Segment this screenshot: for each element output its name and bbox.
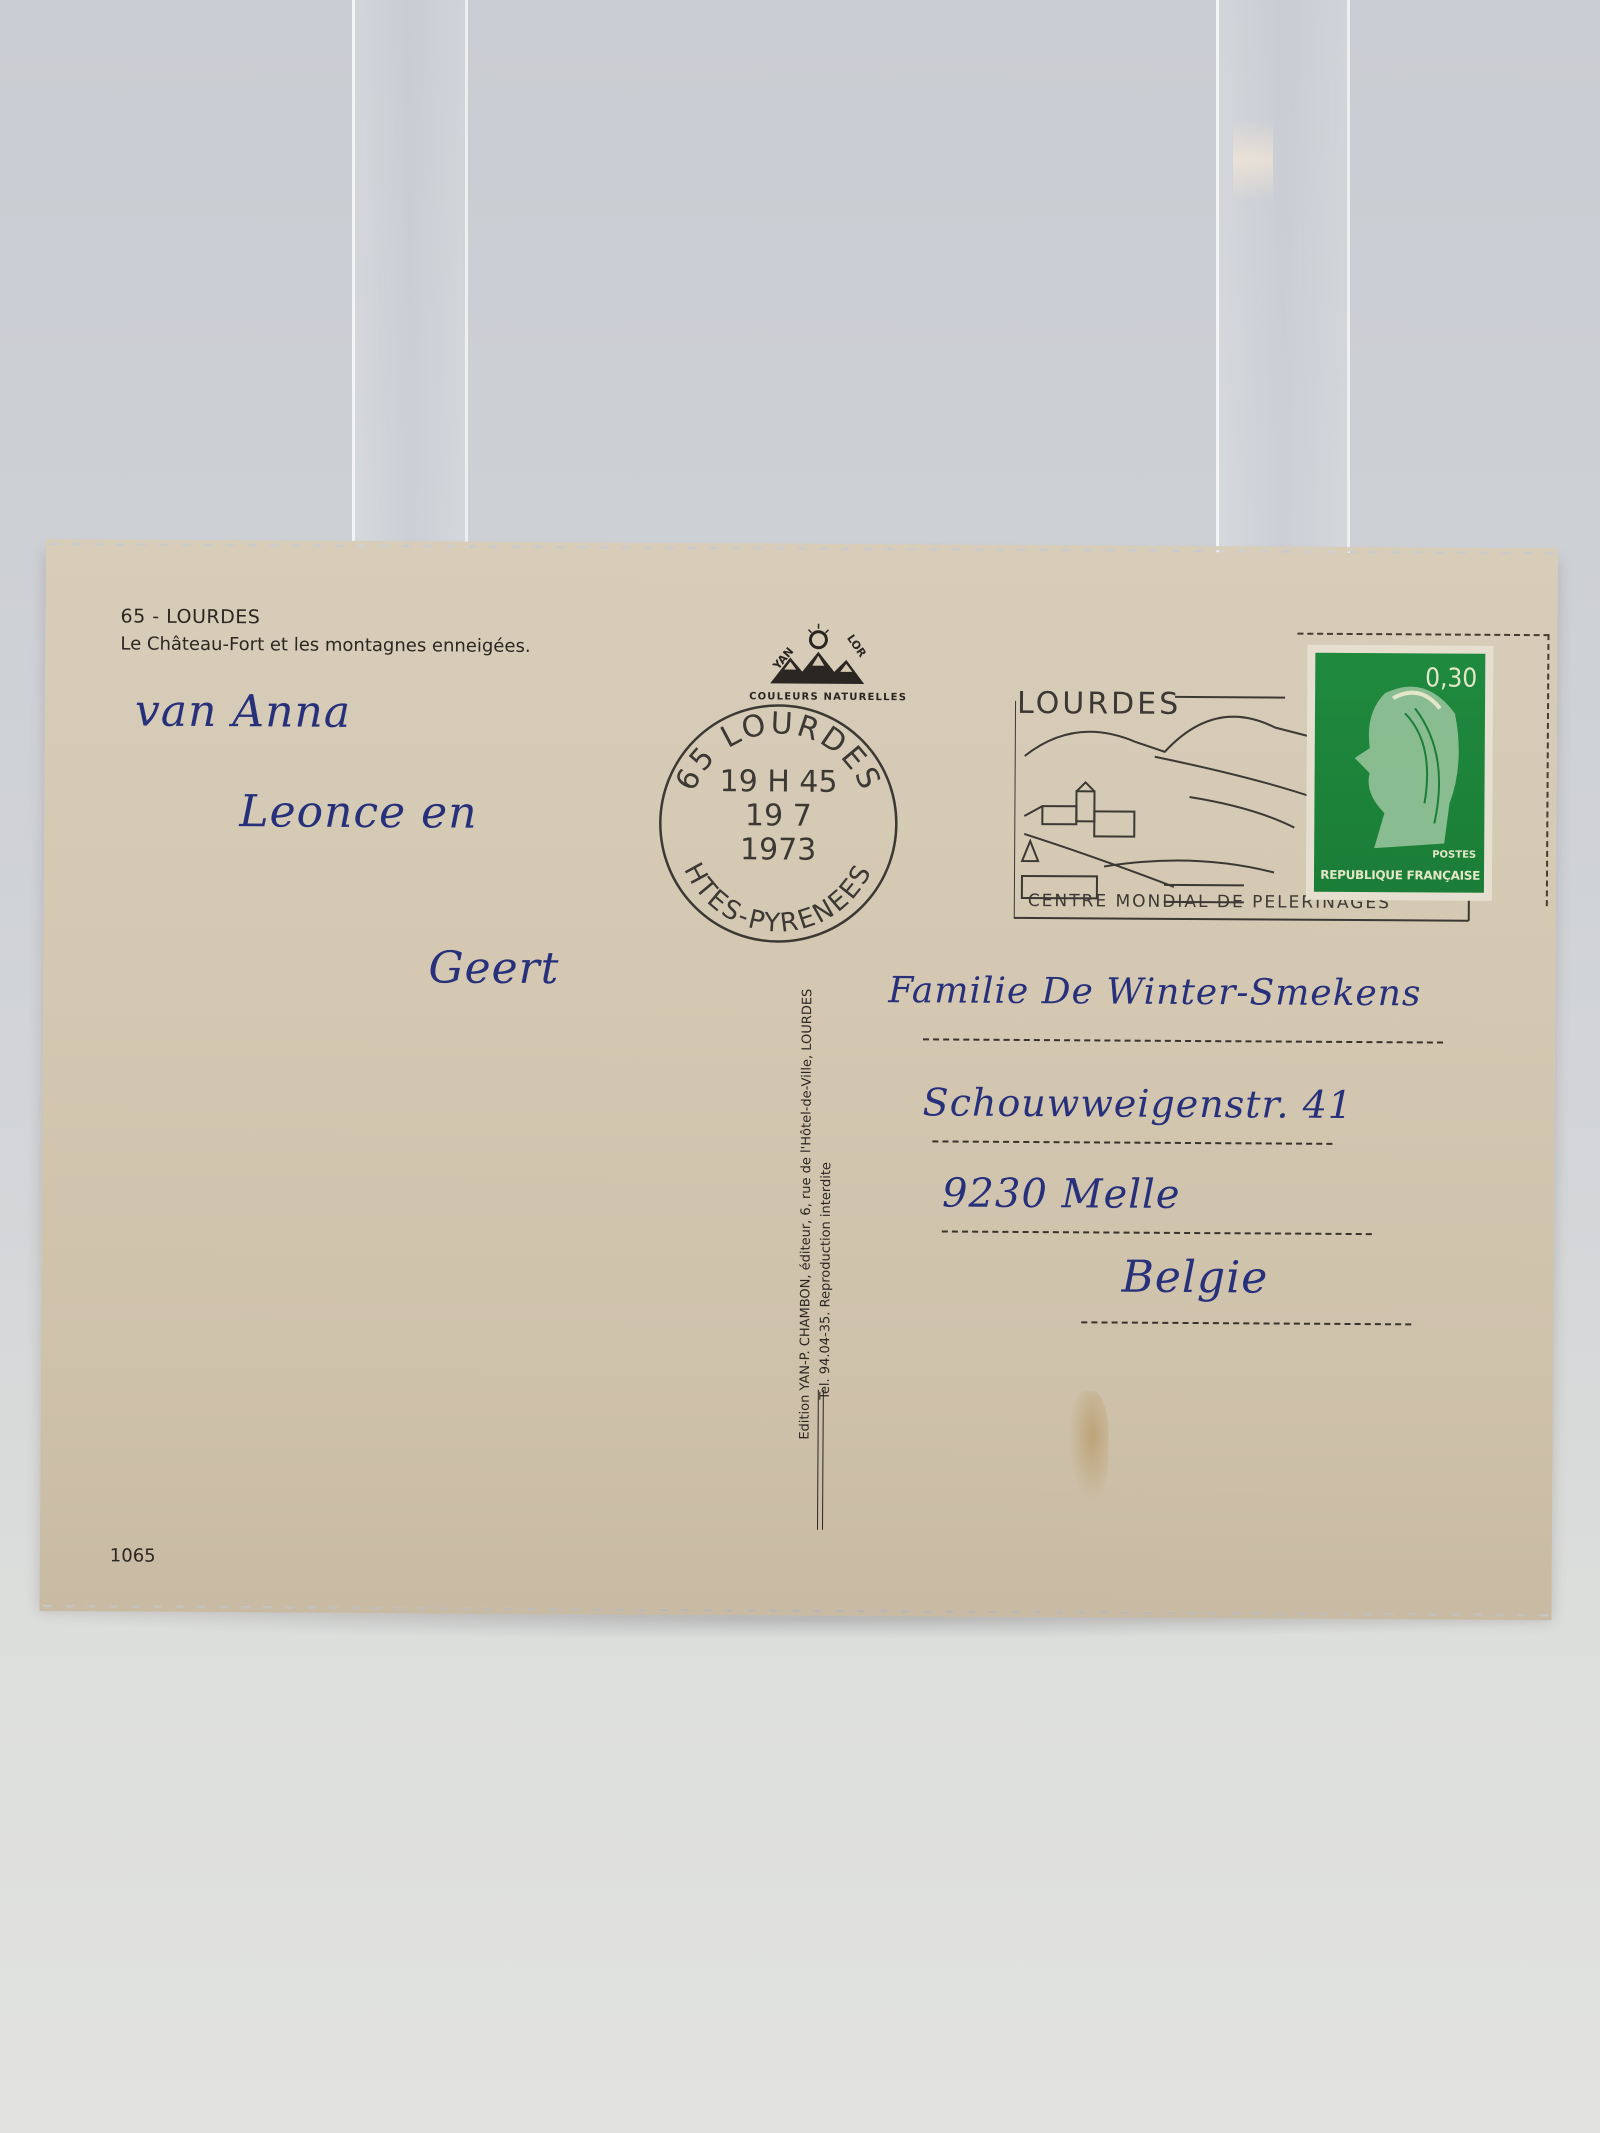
postcard: 65 - LOURDES Le Château-Fort et les mont… — [40, 545, 1558, 1614]
address-line-4: Belgie — [1121, 1252, 1268, 1304]
svg-text:LOR: LOR — [844, 632, 869, 660]
address-line-1: Familie De Winter-Smekens — [888, 970, 1421, 1014]
postmark-time: 19 H 45 — [719, 764, 837, 800]
serial-number: 1065 — [110, 1545, 156, 1566]
stamp-value: 0,30 — [1425, 663, 1477, 693]
acrylic-stand-rod-right — [1216, 0, 1350, 590]
svg-text:HTES-PYRENEES: HTES-PYRENEES — [677, 858, 878, 940]
publisher-line-2: Tel. 94.04-35. Reproduction interdite — [816, 989, 839, 1440]
postcard-subtitle: Le Château-Fort et les montagnes enneigé… — [120, 633, 530, 657]
publisher-line-1: Edition YAN-P. CHAMBON, éditeur, 6, rue … — [796, 989, 819, 1440]
publisher-info: Edition YAN-P. CHAMBON, éditeur, 6, rue … — [796, 989, 839, 1440]
address-line-3: 9230 Melle — [942, 1170, 1181, 1217]
water-stain — [1068, 1391, 1109, 1501]
message-line-3: Geert — [428, 942, 559, 994]
message-line-2: Leonce en — [239, 786, 477, 838]
publisher-logo: YAN LOR COULEURS NATURELLES — [757, 621, 877, 703]
stamp-postes-label: POSTES — [1432, 849, 1476, 860]
postmark-day: 19 7 — [745, 798, 812, 833]
address-rule-1 — [923, 1038, 1443, 1043]
postcard-title: 65 - LOURDES — [120, 605, 260, 628]
postmark-ring-bottom: HTES-PYRENEES — [677, 858, 878, 940]
postmark-year: 1973 — [740, 832, 817, 867]
message-line-1: van Anna — [135, 686, 351, 738]
postage-stamp: 0,30 POSTES REPUBLIQUE FRANÇAISE — [1306, 645, 1494, 901]
address-rule-4 — [1081, 1321, 1411, 1325]
acrylic-stand-rod-left — [352, 0, 468, 590]
mountain-sun-logo-icon: YAN LOR — [762, 621, 872, 692]
stamp-design: 0,30 POSTES REPUBLIQUE FRANÇAISE — [1314, 653, 1485, 893]
address-rule-2 — [932, 1140, 1332, 1144]
stamp-country: REPUBLIQUE FRANÇAISE — [1318, 868, 1480, 883]
circular-postmark: 65 LOURDES HTES-PYRENEES 19 H 45 19 7 19… — [654, 699, 904, 949]
address-rule-3 — [942, 1230, 1372, 1235]
address-line-2: Schouwweigenstr. 41 — [922, 1080, 1353, 1127]
